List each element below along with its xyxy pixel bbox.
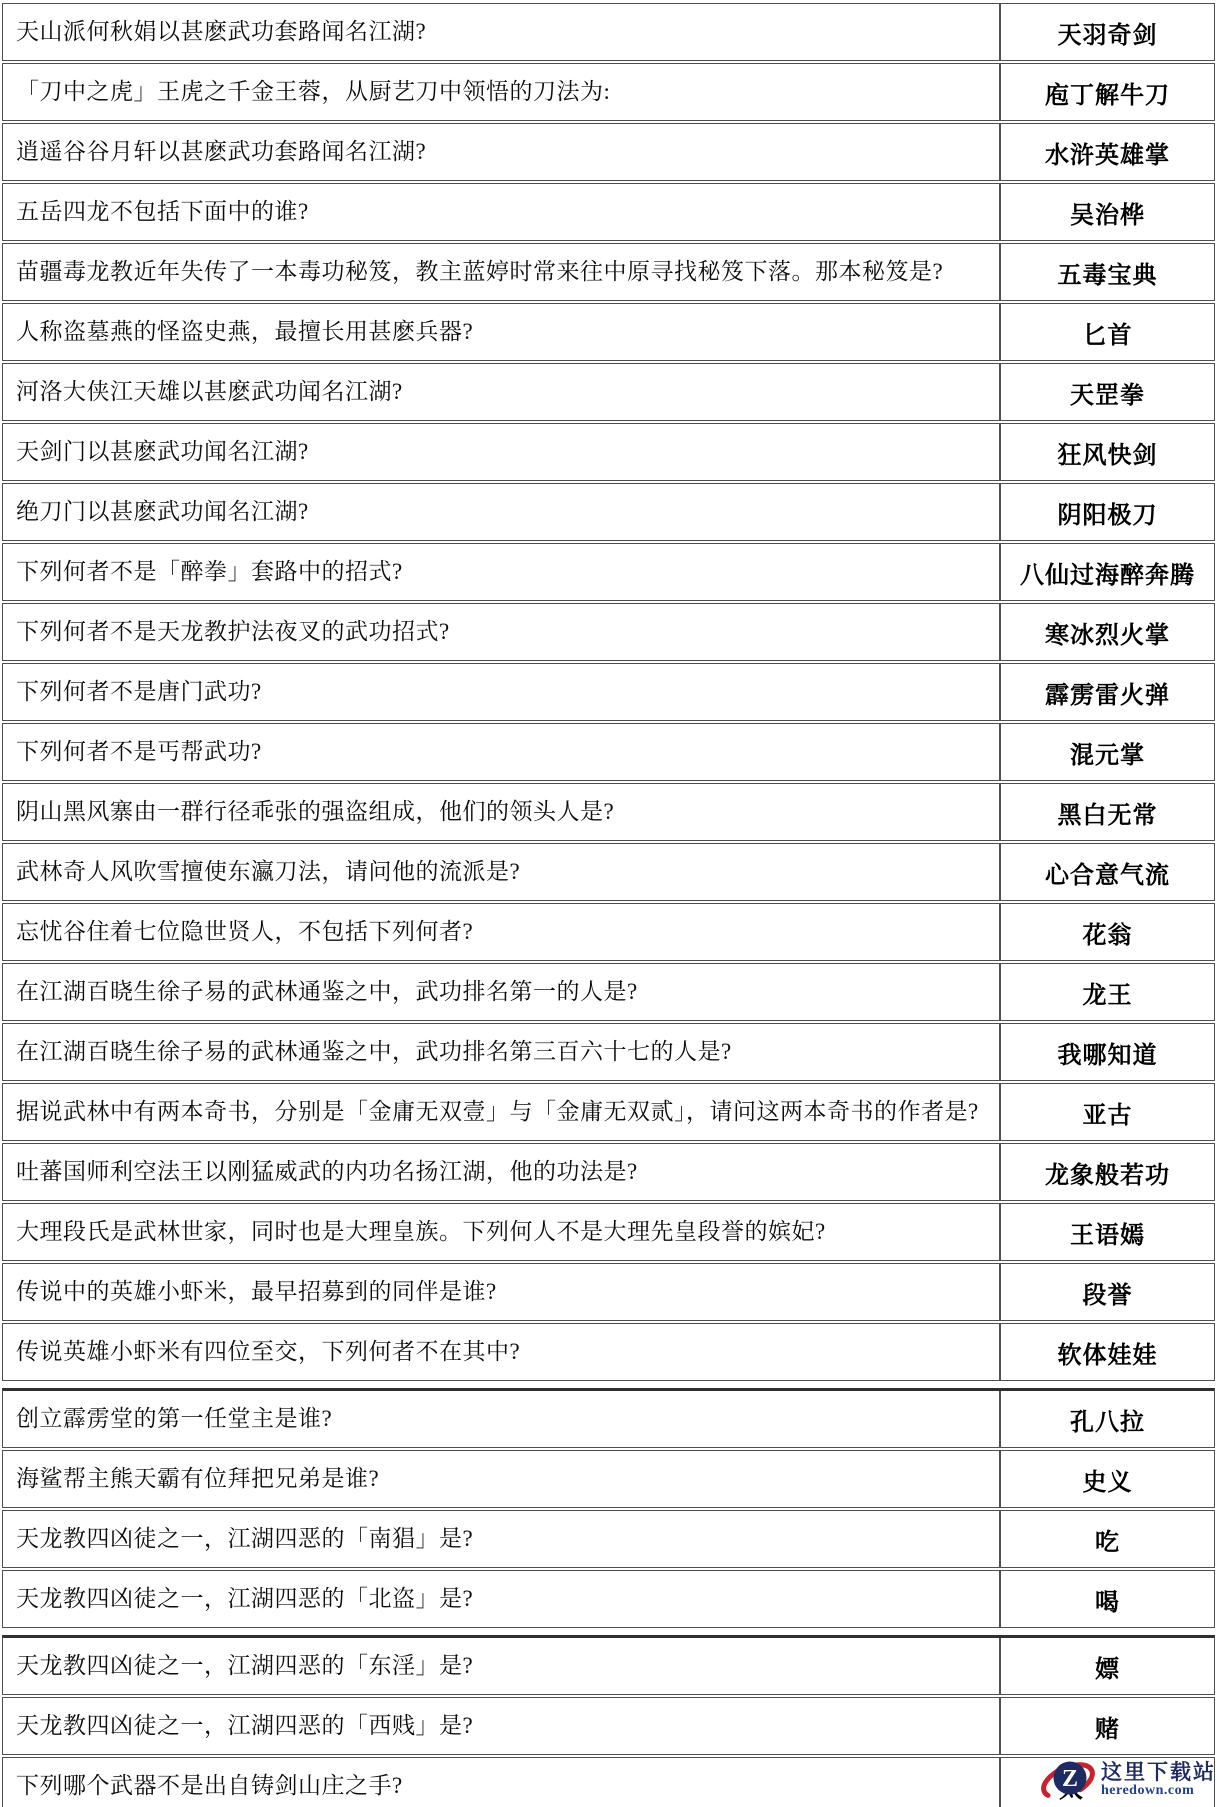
qa-table: 天山派何秋娟以甚麽武功套路闻名江湖?天羽奇剑「刀中之虎」王虎之千金王蓉，从厨艺刀… — [2, 0, 1215, 1807]
question-cell: 海鲨帮主熊天霸有位拜把兄弟是谁? — [3, 1451, 1001, 1507]
table-row: 天龙教四凶徒之一，江湖四恶的「东淫」是?嫖 — [2, 1635, 1215, 1695]
table-row: 人称盗墓燕的怪盗史燕，最擅长用甚麽兵器?匕首 — [2, 303, 1215, 361]
logo-letter: Z — [1062, 1766, 1078, 1792]
table-row: 五岳四龙不包括下面中的谁?吴治桦 — [2, 183, 1215, 241]
question-cell: 阴山黑风寨由一群行径乖张的强盗组成，他们的领头人是? — [3, 784, 1001, 840]
answer-cell: 八仙过海醉奔腾 — [1001, 544, 1214, 600]
table-row: 下列何者不是「醉拳」套路中的招式?八仙过海醉奔腾 — [2, 543, 1215, 601]
table-row: 天龙教四凶徒之一，江湖四恶的「西贱」是?赌 — [2, 1697, 1215, 1755]
question-cell: 在江湖百晓生徐子易的武林通鉴之中，武功排名第三百六十七的人是? — [3, 1024, 1001, 1080]
question-cell: 忘忧谷住着七位隐世贤人，不包括下列何者? — [3, 904, 1001, 960]
heredown-logo-icon: Z — [1041, 1753, 1097, 1807]
question-cell: 天剑门以甚麽武功闻名江湖? — [3, 424, 1001, 480]
question-cell: 苗疆毒龙教近年失传了一本毒功秘笈，教主蓝婷时常来往中原寻找秘笈下落。那本秘笈是? — [3, 244, 1001, 300]
question-cell: 吐蕃国师利空法王以刚猛威武的内功名扬江湖，他的功法是? — [3, 1144, 1001, 1200]
question-cell: 人称盗墓燕的怪盗史燕，最擅长用甚麽兵器? — [3, 304, 1001, 360]
question-cell: 下列何者不是唐门武功? — [3, 664, 1001, 720]
answer-cell: 天羽奇剑 — [1001, 4, 1214, 60]
answer-cell: 匕首 — [1001, 304, 1214, 360]
table-row: 天山派何秋娟以甚麽武功套路闻名江湖?天羽奇剑 — [2, 3, 1215, 61]
question-cell: 「刀中之虎」王虎之千金王蓉，从厨艺刀中领悟的刀法为: — [3, 64, 1001, 120]
answer-cell: 庖丁解牛刀 — [1001, 64, 1214, 120]
table-row: 阴山黑风寨由一群行径乖张的强盗组成，他们的领头人是?黑白无常 — [2, 783, 1215, 841]
answer-cell: 吴治桦 — [1001, 184, 1214, 240]
answer-cell: 软体娃娃 — [1001, 1324, 1214, 1380]
question-cell: 下列何者不是丐帮武功? — [3, 724, 1001, 780]
table-row: 河洛大侠江天雄以甚麽武功闻名江湖?天罡拳 — [2, 363, 1215, 421]
watermark-site-url: heredown.com — [1101, 1783, 1194, 1798]
question-cell: 在江湖百晓生徐子易的武林通鉴之中，武功排名第一的人是? — [3, 964, 1001, 1020]
table-row: 苗疆毒龙教近年失传了一本毒功秘笈，教主蓝婷时常来往中原寻找秘笈下落。那本秘笈是?… — [2, 243, 1215, 301]
answer-cell: 赌 — [1001, 1698, 1214, 1754]
watermark-site-name: 这里下载站 — [1101, 1761, 1216, 1783]
question-cell: 天龙教四凶徒之一，江湖四恶的「东淫」是? — [3, 1638, 1001, 1694]
table-row: 下列何者不是丐帮武功?混元掌 — [2, 723, 1215, 781]
answer-cell: 龙象般若功 — [1001, 1144, 1214, 1200]
answer-cell: 史义 — [1001, 1451, 1214, 1507]
question-cell: 创立霹雳堂的第一任堂主是谁? — [3, 1391, 1001, 1447]
answer-cell: 花翁 — [1001, 904, 1214, 960]
question-cell: 天龙教四凶徒之一，江湖四恶的「北盗」是? — [3, 1571, 1001, 1627]
answer-cell: 水浒英雄掌 — [1001, 124, 1214, 180]
question-cell: 逍遥谷谷月轩以甚麽武功套路闻名江湖? — [3, 124, 1001, 180]
answer-cell: 心合意气流 — [1001, 844, 1214, 900]
answer-cell: 吃 — [1001, 1511, 1214, 1567]
question-cell: 天龙教四凶徒之一，江湖四恶的「西贱」是? — [3, 1698, 1001, 1754]
table-row: 在江湖百晓生徐子易的武林通鉴之中，武功排名第三百六十七的人是?我哪知道 — [2, 1023, 1215, 1081]
question-cell: 下列何者不是「醉拳」套路中的招式? — [3, 544, 1001, 600]
table-row: 天龙教四凶徒之一，江湖四恶的「南猖」是?吃 — [2, 1510, 1215, 1568]
answer-cell: 阴阳极刀 — [1001, 484, 1214, 540]
table-row: 天剑门以甚麽武功闻名江湖?狂风快剑 — [2, 423, 1215, 481]
table-row: 创立霹雳堂的第一任堂主是谁?孔八拉 — [2, 1388, 1215, 1448]
answer-cell: 段誉 — [1001, 1264, 1214, 1320]
question-cell: 据说武林中有两本奇书，分别是「金庸无双壹」与「金庸无双贰」，请问这两本奇书的作者… — [3, 1084, 1001, 1140]
table-row: 逍遥谷谷月轩以甚麽武功套路闻名江湖?水浒英雄掌 — [2, 123, 1215, 181]
table-row: 绝刀门以甚麽武功闻名江湖?阴阳极刀 — [2, 483, 1215, 541]
question-cell: 传说中的英雄小虾米，最早招募到的同伴是谁? — [3, 1264, 1001, 1320]
table-row: 忘忧谷住着七位隐世贤人，不包括下列何者?花翁 — [2, 903, 1215, 961]
table-row: 大理段氏是武林世家，同时也是大理皇族。下列何人不是大理先皇段誉的嫔妃?王语嫣 — [2, 1203, 1215, 1261]
question-cell: 武林奇人风吹雪擅使东瀛刀法，请问他的流派是? — [3, 844, 1001, 900]
table-row: 海鲨帮主熊天霸有位拜把兄弟是谁?史义 — [2, 1450, 1215, 1508]
table-row: 下列哪个武器不是出自铸剑山庄之手?太 — [2, 1757, 1215, 1807]
question-cell: 下列何者不是天龙教护法夜叉的武功招式? — [3, 604, 1001, 660]
table-row: 据说武林中有两本奇书，分别是「金庸无双壹」与「金庸无双贰」，请问这两本奇书的作者… — [2, 1083, 1215, 1141]
answer-cell: 我哪知道 — [1001, 1024, 1214, 1080]
answer-cell: 亚古 — [1001, 1084, 1214, 1140]
table-row: 下列何者不是天龙教护法夜叉的武功招式?寒冰烈火掌 — [2, 603, 1215, 661]
table-row: 「刀中之虎」王虎之千金王蓉，从厨艺刀中领悟的刀法为:庖丁解牛刀 — [2, 63, 1215, 121]
question-cell: 天山派何秋娟以甚麽武功套路闻名江湖? — [3, 4, 1001, 60]
table-row: 吐蕃国师利空法王以刚猛威武的内功名扬江湖，他的功法是?龙象般若功 — [2, 1143, 1215, 1201]
question-cell: 天龙教四凶徒之一，江湖四恶的「南猖」是? — [3, 1511, 1001, 1567]
answer-cell: 龙王 — [1001, 964, 1214, 1020]
table-row: 武林奇人风吹雪擅使东瀛刀法，请问他的流派是?心合意气流 — [2, 843, 1215, 901]
question-cell: 下列哪个武器不是出自铸剑山庄之手? — [3, 1758, 1001, 1807]
answer-cell: 霹雳雷火弹 — [1001, 664, 1214, 720]
answer-cell: 王语嫣 — [1001, 1204, 1214, 1260]
answer-cell: 孔八拉 — [1001, 1391, 1214, 1447]
question-cell: 河洛大侠江天雄以甚麽武功闻名江湖? — [3, 364, 1001, 420]
answer-cell: 五毒宝典 — [1001, 244, 1214, 300]
table-row: 在江湖百晓生徐子易的武林通鉴之中，武功排名第一的人是?龙王 — [2, 963, 1215, 1021]
table-row: 传说英雄小虾米有四位至交，下列何者不在其中?软体娃娃 — [2, 1323, 1215, 1381]
answer-cell: 喝 — [1001, 1571, 1214, 1627]
answer-cell: 黑白无常 — [1001, 784, 1214, 840]
answer-cell: 嫖 — [1001, 1638, 1214, 1694]
question-cell: 大理段氏是武林世家，同时也是大理皇族。下列何人不是大理先皇段誉的嫔妃? — [3, 1204, 1001, 1260]
answer-cell: 混元掌 — [1001, 724, 1214, 780]
answer-cell: 天罡拳 — [1001, 364, 1214, 420]
table-row: 天龙教四凶徒之一，江湖四恶的「北盗」是?喝 — [2, 1570, 1215, 1628]
table-row: 传说中的英雄小虾米，最早招募到的同伴是谁?段誉 — [2, 1263, 1215, 1321]
question-cell: 传说英雄小虾米有四位至交，下列何者不在其中? — [3, 1324, 1001, 1380]
question-cell: 五岳四龙不包括下面中的谁? — [3, 184, 1001, 240]
answer-cell: 寒冰烈火掌 — [1001, 604, 1214, 660]
watermark: Z 这里下载站 heredown.com — [1041, 1753, 1219, 1807]
table-row: 下列何者不是唐门武功?霹雳雷火弹 — [2, 663, 1215, 721]
answer-cell: 狂风快剑 — [1001, 424, 1214, 480]
question-cell: 绝刀门以甚麽武功闻名江湖? — [3, 484, 1001, 540]
